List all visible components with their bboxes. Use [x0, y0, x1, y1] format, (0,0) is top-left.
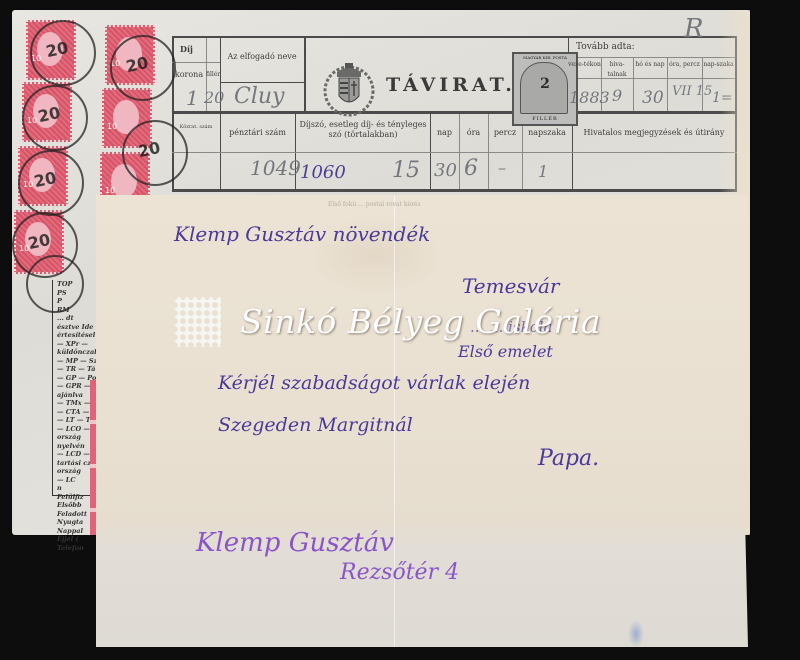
- value-initials: R: [684, 14, 704, 44]
- header-dij: Díj: [180, 44, 193, 54]
- message-line-body: Kérjél szabadságot várlak elején: [218, 372, 530, 394]
- header-kozrat: Közrat. szám: [174, 122, 218, 132]
- header-perc: percz: [488, 128, 522, 138]
- postmark: 20: [22, 85, 88, 151]
- header-elfogado-neve: Az elfogadó neve: [220, 52, 304, 62]
- value-ora: 6: [464, 156, 478, 181]
- value-ho-es-nap: 30: [642, 88, 664, 108]
- value-vezetekon: 1883: [569, 88, 610, 107]
- message-line-city: Temesvár: [462, 274, 559, 298]
- message-line-floor: Első emelet: [458, 342, 553, 361]
- postmark: 20: [110, 35, 176, 101]
- scan-scene: Díj korona fillér Az elfogadó neve TÁVIR…: [0, 0, 800, 660]
- coat-of-arms-icon: [320, 60, 378, 118]
- header-hivatalnak: hiva-talnak: [601, 60, 633, 80]
- value-filler: 20: [204, 88, 224, 107]
- message-signature: Papa.: [538, 446, 599, 471]
- watermark-text: Sinkó Bélyeg Galéria: [240, 302, 601, 341]
- header-napszaka: nap-szaka: [702, 60, 735, 70]
- postmark: 20: [30, 20, 96, 86]
- value-napszaka: 1=: [712, 90, 733, 106]
- header-vezetekon: veze-tékon: [568, 60, 601, 70]
- value-korona: 1: [186, 86, 199, 110]
- message-line-addressee: Klemp Gusztáv növendék: [174, 222, 430, 246]
- imprint-caption: FILLÉR: [514, 116, 576, 122]
- postmark: 20: [18, 150, 84, 216]
- value-dijszo: 1060: [300, 162, 346, 183]
- telegram-title: TÁVIRAT.: [386, 74, 516, 96]
- sender-address: Rezsőtér 4: [340, 560, 459, 585]
- imprint-value: 2: [514, 76, 576, 92]
- postmark: 20: [122, 120, 188, 186]
- header-korona: korona: [172, 70, 206, 80]
- header-tovabb-adta: Tovább adta:: [576, 42, 635, 52]
- value-ora-perc: VII 15: [672, 84, 712, 99]
- message-line-place: Szegeden Margitnál: [218, 414, 413, 436]
- value-napszaka-2: 1: [538, 162, 548, 181]
- header-napszaka-2: napszaka: [522, 128, 572, 138]
- postmark: [26, 255, 84, 313]
- value-dijszo-count: 15: [392, 158, 420, 183]
- header-ho-es-nap: hó és nap: [633, 60, 667, 70]
- header-ora: óra: [459, 128, 488, 138]
- value-penztari-szam: 1049: [250, 156, 301, 180]
- header-hivatalos: Hivatalos megjegyzések és útirány: [574, 128, 734, 138]
- value-elfogado: Cluy: [234, 84, 284, 109]
- header-nap: nap: [430, 128, 459, 138]
- header-filler: fillér: [206, 70, 220, 80]
- header-ora-perc: óra, percz: [667, 60, 702, 70]
- value-hivatalnak: 9: [612, 86, 622, 105]
- ink-smudge: [628, 620, 644, 648]
- value-perc: –: [498, 158, 506, 177]
- header-dijszo: Díjszó, esetleg díj- és tényleges szó (t…: [298, 120, 428, 140]
- value-nap: 30: [434, 160, 457, 181]
- stamp-logo-icon: [175, 297, 221, 347]
- header-penztari-szam: pénztári szám: [220, 128, 295, 138]
- faint-printed-line: Első fokú ... postai rovat kérés: [328, 201, 421, 208]
- sender-name: Klemp Gusztáv: [196, 528, 394, 558]
- imprint-top-caption: MAGYAR KIR. POSTA: [514, 55, 576, 60]
